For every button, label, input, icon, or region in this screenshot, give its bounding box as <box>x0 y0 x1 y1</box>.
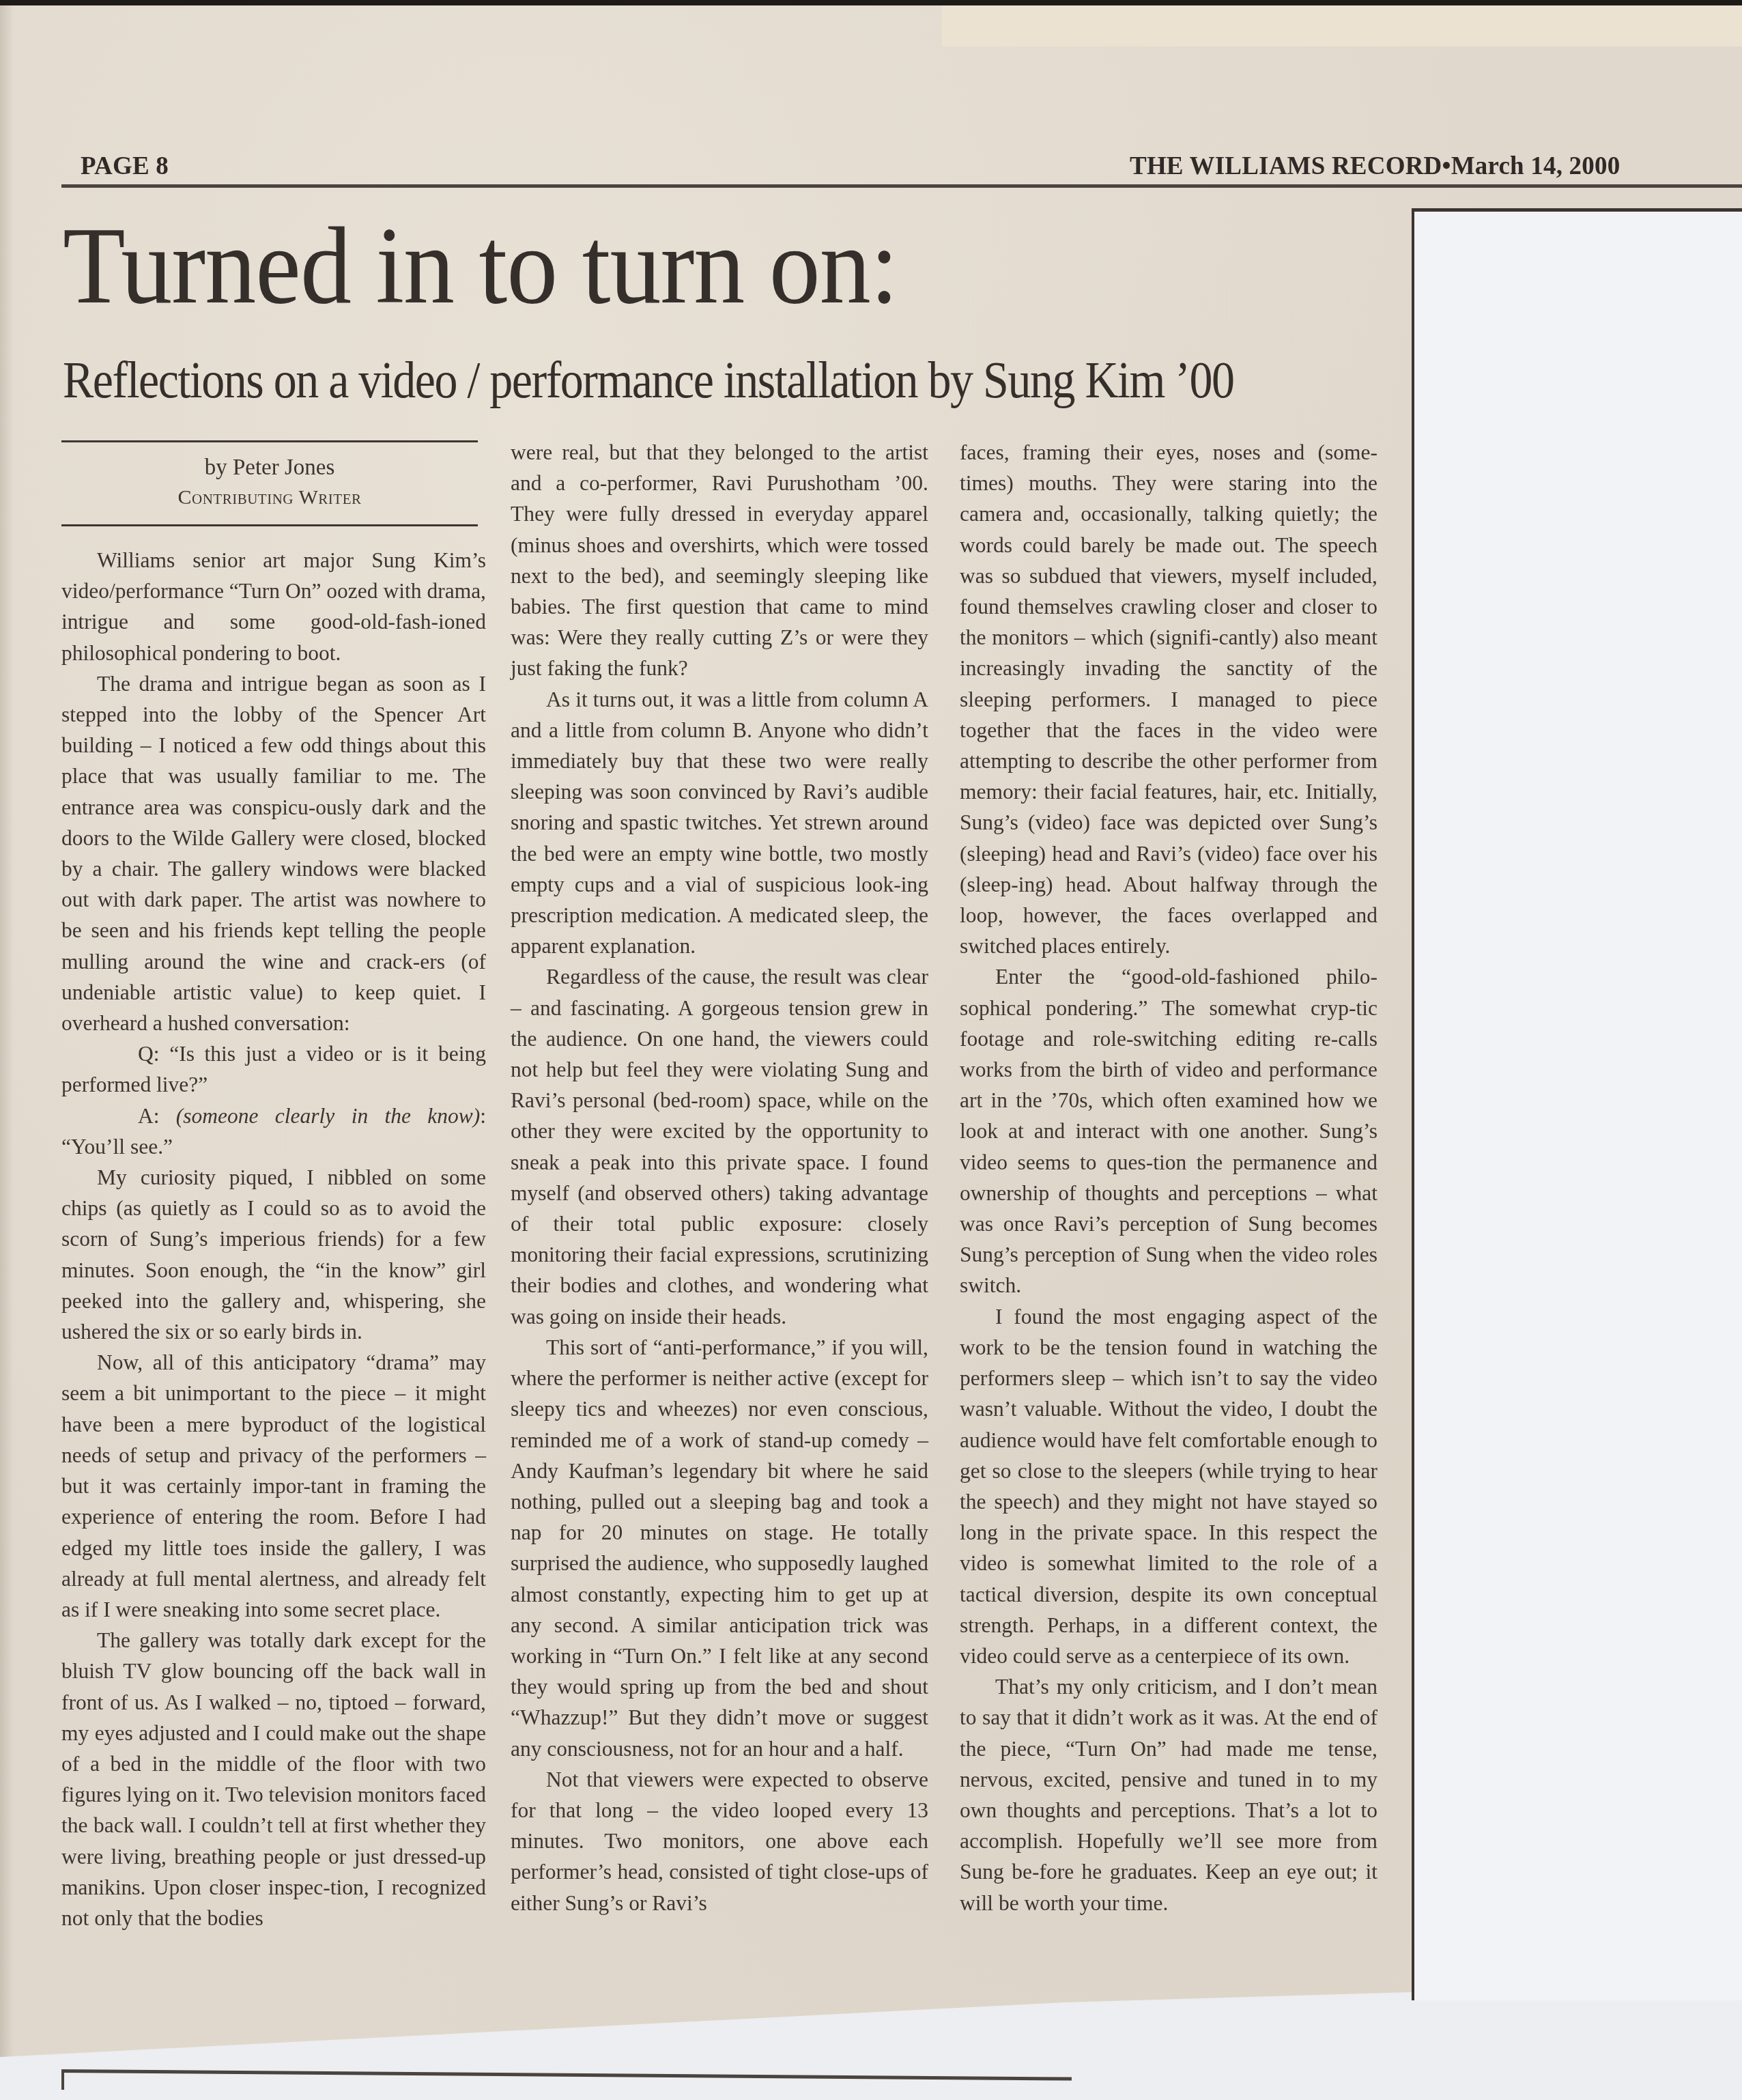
article-column-2: were real, but that they belonged to the… <box>511 437 928 1918</box>
paragraph: The drama and intrigue began as soon as … <box>61 668 486 1038</box>
paragraph: My curiosity piqued, I nibbled on some c… <box>61 1162 486 1347</box>
paragraph: This sort of “anti-performance,” if you … <box>511 1332 928 1764</box>
paragraph: The gallery was totally dark except for … <box>61 1625 486 1933</box>
paragraph: As it turns out, it was a little from co… <box>511 684 928 962</box>
subheadline: Reflections on a video / performance ins… <box>63 354 1233 406</box>
paragraph: faces, framing their eyes, noses and (so… <box>960 437 1377 961</box>
header-rule <box>61 184 1742 188</box>
footer-rule-tick <box>61 2069 64 2090</box>
article-column-1: Williams senior art major Sung Kim’s vid… <box>61 545 486 1933</box>
paragraph: were real, but that they belonged to the… <box>511 437 928 684</box>
paragraph: That’s my only criticism, and I don’t me… <box>960 1671 1377 1918</box>
paragraph: Regardless of the cause, the result was … <box>511 961 928 1331</box>
question-line: Q: “Is this just a video or is it being … <box>61 1038 486 1100</box>
byline-rule-top <box>61 440 478 442</box>
answer-line: A: (someone clearly in the know): “You’l… <box>61 1101 486 1162</box>
dateline-separator: • <box>1442 152 1451 180</box>
paper-edge-shadow <box>0 5 14 2060</box>
paragraph: I found the most engaging aspect of the … <box>960 1301 1377 1671</box>
paragraph: Now, all of this anticipatory “drama” ma… <box>61 1347 486 1625</box>
paragraph: Not that viewers were expected to observ… <box>511 1764 928 1918</box>
footer-rule <box>61 2069 1072 2081</box>
answer-label: A: <box>138 1104 160 1128</box>
byline-rule-bottom <box>61 524 478 526</box>
paragraph: Enter the “good-old-fashioned philo-soph… <box>960 961 1377 1301</box>
byline: by Peter Jones Contributing Writer <box>61 453 478 513</box>
headline: Turned in to turn on: <box>63 210 898 321</box>
answer-aside: (someone clearly in the know) <box>176 1104 480 1128</box>
paragraph: Williams senior art major Sung Kim’s vid… <box>61 545 486 668</box>
publication-name: THE WILLIAMS RECORD <box>1130 152 1442 180</box>
byline-author: by Peter Jones <box>61 453 478 483</box>
article-column-3: faces, framing their eyes, noses and (so… <box>960 437 1377 1918</box>
blank-backing-area <box>1412 208 1742 2000</box>
torn-top-strip <box>942 5 1742 46</box>
page-number: PAGE 8 <box>81 152 169 181</box>
publication-date: March 14, 2000 <box>1451 152 1620 180</box>
publication-dateline: THE WILLIAMS RECORD•March 14, 2000 <box>1130 152 1620 181</box>
byline-role: Contributing Writer <box>61 483 478 513</box>
